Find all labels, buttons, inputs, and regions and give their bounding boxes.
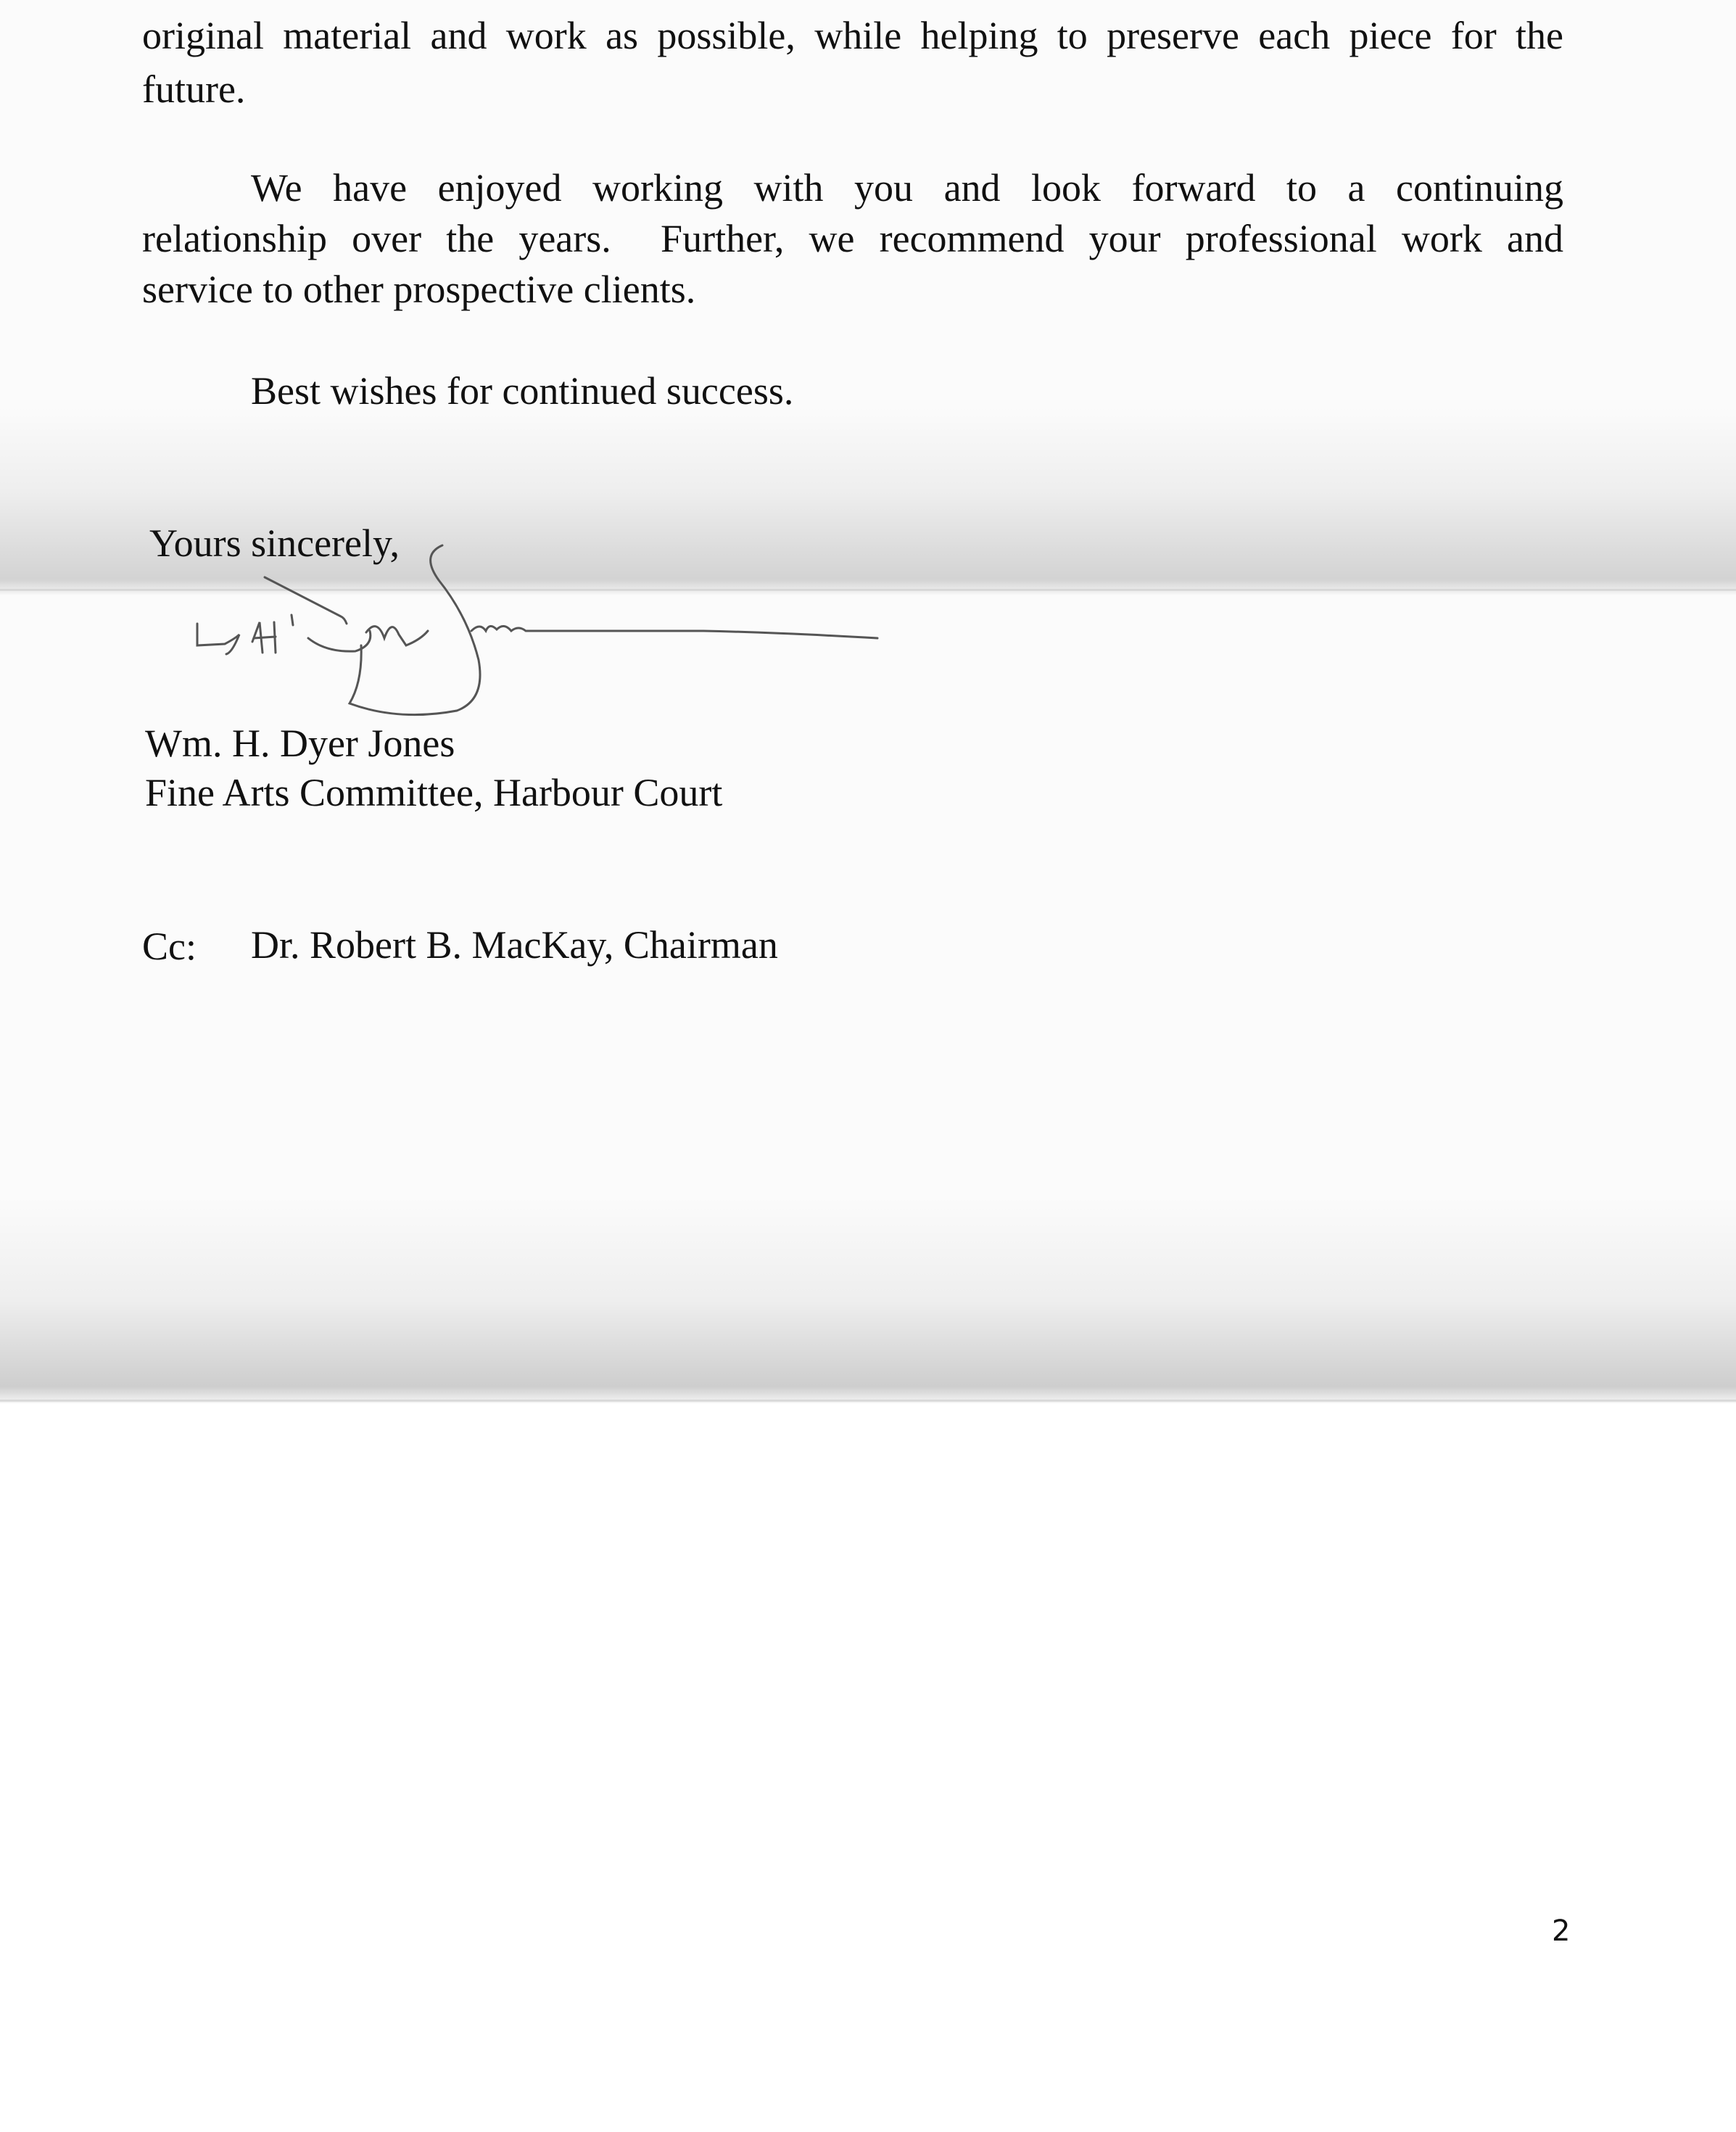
signature-icon	[181, 537, 892, 725]
paragraph-1-line-1: original material and work as possible, …	[142, 10, 1563, 61]
signer-name: Wm. H. Dyer Jones	[145, 718, 455, 769]
paragraph-1-line-2: future.	[142, 64, 245, 115]
paragraph-2-line-3: service to other prospective clients.	[142, 264, 695, 315]
signer-title: Fine Arts Committee, Harbour Court	[145, 767, 722, 818]
cc-label: Cc:	[142, 921, 197, 972]
paragraph-2-line-2: relationship over the years. Further, we…	[142, 213, 1563, 264]
paper-fold-shadow	[0, 1197, 1736, 1403]
paragraph-3: Best wishes for continued success.	[251, 365, 793, 416]
paper-fold-crease	[0, 1400, 1736, 1402]
cc-recipient: Dr. Robert B. MacKay, Chairman	[251, 920, 778, 970]
paragraph-2-line-1: We have enjoyed working with you and loo…	[251, 162, 1563, 213]
paper-lower-panel	[0, 1403, 1736, 2132]
page-number: 2	[1552, 1914, 1570, 1948]
